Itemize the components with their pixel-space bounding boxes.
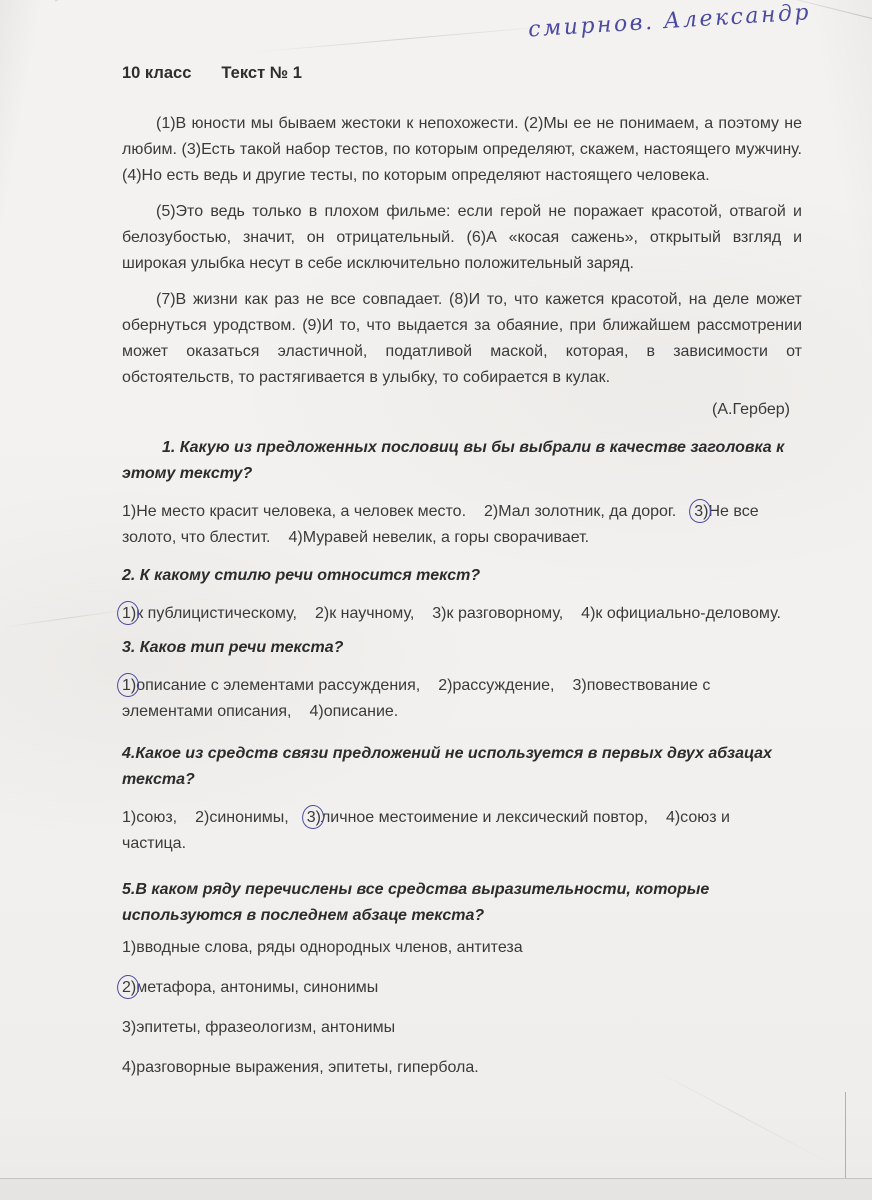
option-text: союз, <box>136 809 177 826</box>
option-text: к научному, <box>329 605 414 622</box>
author-attribution: (А.Гербер) <box>122 397 802 423</box>
option-number: 1) <box>122 939 136 956</box>
option-number: 4) <box>122 1059 136 1076</box>
question-5-prompt: 5.В каком ряду перечислены все средства … <box>122 877 802 929</box>
question-3-options: 1)описание с элементами рассуждения,2)ра… <box>122 673 802 725</box>
option-number: 3) <box>432 605 446 622</box>
option-number: 2) <box>195 809 209 826</box>
option-number: 2) <box>438 677 452 694</box>
option-number: 1) <box>122 809 136 826</box>
option: 3)личное местоимение и лексический повто… <box>307 809 648 826</box>
option: 3)эпитеты, фразеологизм, антонимы <box>122 1015 802 1041</box>
text-number-label: Текст № 1 <box>221 64 301 82</box>
crease-line <box>250 25 559 53</box>
question-1-prompt: 1. Какую из предложенных пословиц вы бы … <box>122 435 802 487</box>
option-number: 4) <box>666 809 680 826</box>
option-text: вводные слова, ряды однородных членов, а… <box>136 939 522 956</box>
text-paragraph-2: (5)Это ведь только в плохом фильме: если… <box>122 199 802 277</box>
option-text: к официально-деловому. <box>595 605 781 622</box>
option: 4)к официально-деловому. <box>581 605 781 622</box>
option: 2)Мал золотник, да дорог. <box>484 503 676 520</box>
option: 4)описание. <box>310 703 399 720</box>
option-number: 3) <box>307 809 321 826</box>
option-text: к разговорному, <box>447 605 564 622</box>
option: 2)синонимы, <box>195 809 289 826</box>
option-text: описание. <box>324 703 399 720</box>
text-paragraph-3: (7)В жизни как раз не все совпадает. (8)… <box>122 287 802 391</box>
option-text: Муравей невелик, а горы сворачивает. <box>303 529 589 546</box>
document-content: 10 классТекст № 1 (1)В юности мы бываем … <box>122 60 802 1095</box>
option: 1)к публицистическому, <box>122 605 297 622</box>
scanned-test-page: смирнов. Александр 10 классТекст № 1 (1)… <box>0 0 872 1200</box>
option-text: эпитеты, фразеологизм, антонимы <box>136 1019 395 1036</box>
option-number: 1) <box>122 605 136 622</box>
option: 1)описание с элементами рассуждения, <box>122 677 420 694</box>
option: 1)вводные слова, ряды однородных членов,… <box>122 935 802 961</box>
crease-line <box>1 609 130 628</box>
option: 2)к научному, <box>315 605 414 622</box>
option: 2)рассуждение, <box>438 677 554 694</box>
question-1-options: 1)Не место красит человека, а человек ме… <box>122 499 802 551</box>
option-text: разговорные выражения, эпитеты, гипербол… <box>136 1059 478 1076</box>
option-number: 4) <box>310 703 324 720</box>
option: 4)Муравей невелик, а горы сворачивает. <box>288 529 589 546</box>
option-number: 2) <box>315 605 329 622</box>
option-number: 4) <box>581 605 595 622</box>
option: 1)Не место красит человека, а человек ме… <box>122 503 466 520</box>
option: 1)союз, <box>122 809 177 826</box>
class-label: 10 класс <box>122 64 191 82</box>
option: 2)метафора, антонимы, синонимы <box>122 975 802 1001</box>
option-number: 2) <box>484 503 498 520</box>
option-number: 1) <box>122 677 136 694</box>
page-title: 10 классТекст № 1 <box>122 60 802 86</box>
page-edge-line <box>845 1092 846 1180</box>
option-text: к публицистическому, <box>136 605 297 622</box>
option: 3)к разговорному, <box>432 605 563 622</box>
text-paragraph-1: (1)В юности мы бываем жестоки к непохоже… <box>122 111 802 189</box>
option-text: описание с элементами рассуждения, <box>136 677 420 694</box>
option-number: 3) <box>122 1019 136 1036</box>
option-text: Не место красит человека, а человек мест… <box>136 503 466 520</box>
question-3-prompt: 3. Каков тип речи текста? <box>122 635 802 661</box>
option-number: 4) <box>288 529 302 546</box>
option-number: 1) <box>122 503 136 520</box>
option-text: синонимы, <box>209 809 288 826</box>
option-text: личное местоимение и лексический повтор, <box>321 809 648 826</box>
question-2-prompt: 2. К какому стилю речи относится текст? <box>122 563 802 589</box>
question-5-options: 1)вводные слова, ряды однородных членов,… <box>122 935 802 1081</box>
question-2-options: 1)к публицистическому,2)к научному,3)к р… <box>122 601 802 627</box>
option-number: 3) <box>572 677 586 694</box>
option-number: 2) <box>122 979 136 996</box>
option: 4)разговорные выражения, эпитеты, гиперб… <box>122 1055 802 1081</box>
option-text: рассуждение, <box>452 677 554 694</box>
question-4-options: 1)союз,2)синонимы,3)личное местоимение и… <box>122 805 802 857</box>
handwritten-student-name: смирнов. Александр <box>528 0 839 42</box>
scanner-background <box>0 1178 872 1200</box>
pencil-mark <box>54 0 87 2</box>
option-text: метафора, антонимы, синонимы <box>136 979 378 996</box>
question-4-prompt: 4.Какое из средств связи предложений не … <box>122 741 802 793</box>
option-number: 3) <box>694 503 708 520</box>
option-text: Мал золотник, да дорог. <box>498 503 676 520</box>
